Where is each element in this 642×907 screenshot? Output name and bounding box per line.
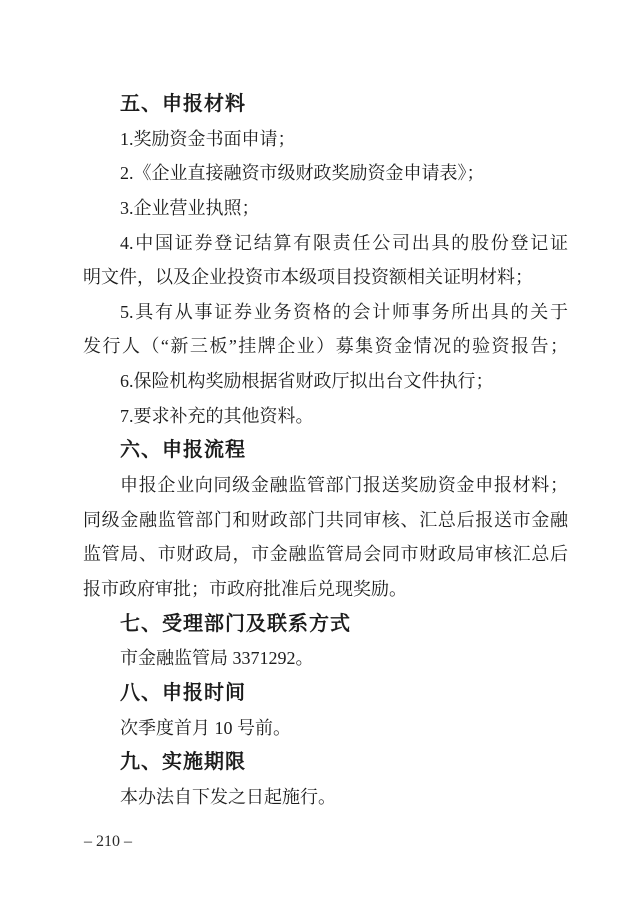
time-line: 次季度首月 10 号前。 — [83, 711, 568, 746]
section-heading-duration: 九、实施期限 — [83, 745, 568, 780]
list-item-1: 1.奖励资金书面申请； — [83, 122, 568, 157]
duration-line: 本办法自下发之日起施行。 — [83, 780, 568, 815]
process-paragraph-line-1: 申报企业向同级金融监管部门报送奖励资金申报材料； — [83, 468, 568, 503]
section-heading-time: 八、申报时间 — [83, 676, 568, 711]
section-heading-materials: 五、申报材料 — [83, 87, 568, 122]
process-paragraph-line-4: 报市政府审批；市政府批准后兑现奖励。 — [83, 572, 568, 607]
list-item-3: 3.企业营业执照； — [83, 191, 568, 226]
process-paragraph-line-3: 监管局、市财政局，市金融监管局会同市财政局审核汇总后 — [83, 537, 568, 572]
page-number: – 210 – — [84, 831, 132, 853]
list-item-6: 6.保险机构奖励根据省财政厅拟出台文件执行； — [83, 364, 568, 399]
contact-line: 市金融监管局 3371292。 — [83, 641, 568, 676]
section-heading-contact: 七、受理部门及联系方式 — [83, 607, 568, 642]
process-paragraph-line-2: 同级金融监管部门和财政部门共同审核、汇总后报送市金融 — [83, 503, 568, 538]
list-item-5-line-1: 5.具有从事证券业务资格的会计师事务所出具的关于 — [83, 295, 568, 330]
list-item-7: 7.要求补充的其他资料。 — [83, 399, 568, 434]
document-body: 五、申报材料 1.奖励资金书面申请； 2.《企业直接融资市级财政奖励资金申请表》… — [83, 87, 568, 814]
section-heading-process: 六、申报流程 — [83, 433, 568, 468]
list-item-4-line-1: 4.中国证券登记结算有限责任公司出具的股份登记证 — [83, 226, 568, 261]
list-item-5-line-2: 发行人（“新三板”挂牌企业）募集资金情况的验资报告； — [83, 329, 568, 364]
list-item-2: 2.《企业直接融资市级财政奖励资金申请表》； — [83, 156, 568, 191]
document-page: 五、申报材料 1.奖励资金书面申请； 2.《企业直接融资市级财政奖励资金申请表》… — [0, 0, 642, 907]
list-item-4-line-2: 明文件，以及企业投资市本级项目投资额相关证明材料； — [83, 260, 568, 295]
